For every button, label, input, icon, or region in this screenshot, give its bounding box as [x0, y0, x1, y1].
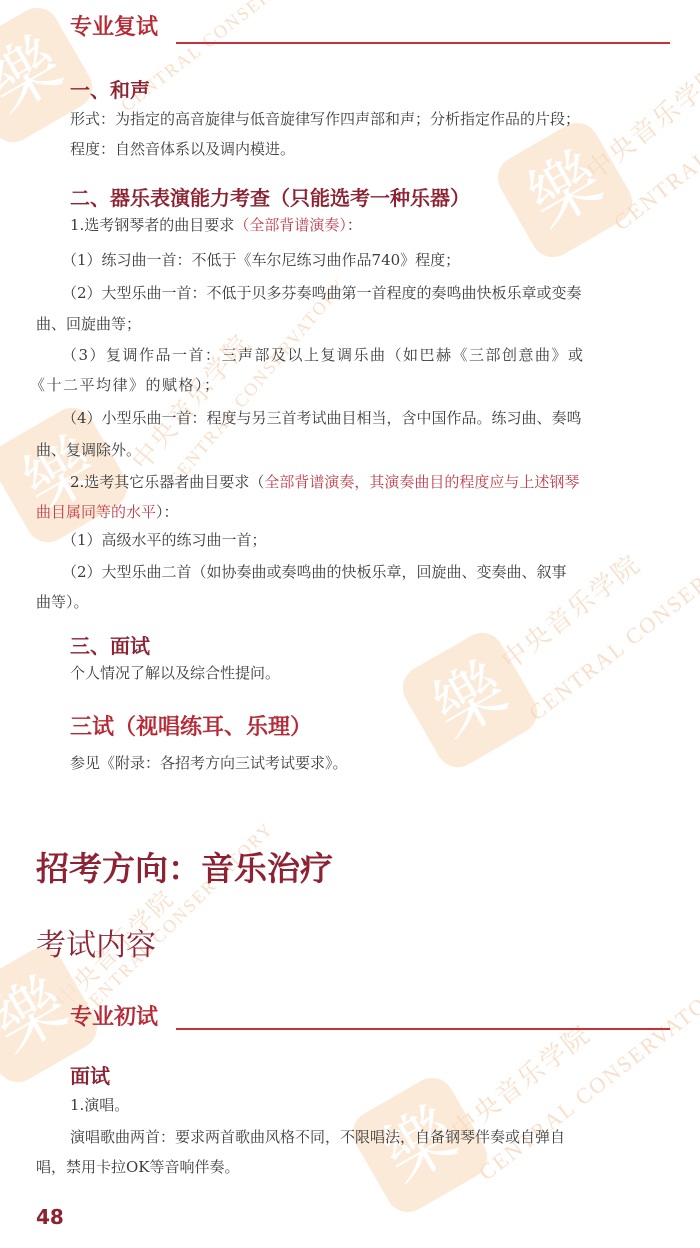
- heading-interview: 三、面试: [70, 630, 150, 659]
- piano-item-1: （1）练习曲一首：不低于《车尔尼练习曲作品740》程度；: [62, 250, 460, 270]
- piano-intro-red: （全部背谱演奏）: [234, 216, 347, 234]
- piano-item-3: （3）复调作品一首：三声部及以上复调乐曲（如巴赫《三部创意曲》或: [62, 345, 585, 365]
- other-intro-cont: 曲目属同等的水平）：: [36, 502, 179, 522]
- heading-chushi-interview: 面试: [70, 1060, 110, 1089]
- other-item-2-cont: 曲等）。: [36, 592, 89, 612]
- piano-intro-text: 1.选考钢琴者的曲目要求: [70, 216, 234, 234]
- other-intro-red-2: 曲目属同等的水平: [36, 503, 156, 521]
- section-rule: [176, 1028, 670, 1030]
- direction-subtitle: 考试内容: [36, 920, 156, 964]
- direction-title: 招考方向：音乐治疗: [36, 843, 333, 890]
- section-rule: [176, 42, 670, 44]
- page-content: 专业复试 一、和声 形式：为指定的高音旋律与低音旋律写作四声部和声；分析指定作品…: [0, 0, 700, 1248]
- section-title-sanshi: 三试（视唱练耳、乐理）: [70, 710, 312, 741]
- sanshi-text: 参见《附录：各招考方向三试考试要求》。: [70, 753, 348, 773]
- page-number: 48: [36, 1205, 64, 1229]
- chushi-item-1: 1.演唱。: [70, 1095, 129, 1115]
- other-intro-end: ）：: [156, 503, 179, 521]
- other-intro-red: 全部背谱演奏，其演奏曲目的程度应与上述钢琴: [264, 473, 579, 491]
- chushi-desc-line-1: 演唱歌曲两首：要求两首歌曲风格不同，不限唱法，自备钢琴伴奏或自弹自: [70, 1127, 565, 1147]
- other-item-1: （1）高级水平的练习曲一首；: [62, 530, 267, 550]
- chushi-desc-line-2: 唱，禁用卡拉OK等音响伴奏。: [36, 1157, 240, 1177]
- piano-item-4-cont: 曲、复调除外。: [36, 440, 141, 460]
- harmony-line-2: 程度：自然音体系以及调内模进。: [70, 139, 295, 159]
- heading-instrument: 二、器乐表演能力考查（只能选考一种乐器）: [70, 182, 470, 211]
- section-title-fushi: 专业复试: [70, 10, 158, 41]
- other-item-2: （2）大型乐曲二首（如协奏曲或奏鸣曲的快板乐章，回旋曲、变奏曲、叙事: [62, 562, 567, 582]
- piano-item-2: （2）大型乐曲一首：不低于贝多芬奏鸣曲第一首程度的奏鸣曲快板乐章或变奏: [62, 283, 582, 303]
- piano-intro: 1.选考钢琴者的曲目要求（全部背谱演奏）：: [70, 215, 362, 235]
- section-title-chushi: 专业初试: [70, 1000, 158, 1031]
- harmony-line-1: 形式：为指定的高音旋律与低音旋律写作四声部和声；分析指定作品的片段；: [70, 109, 580, 129]
- piano-item-4: （4）小型乐曲一首：程度与另三首考试曲目相当，含中国作品。练习曲、奏鸣: [62, 408, 582, 428]
- piano-intro-end: ：: [347, 216, 362, 234]
- other-intro: 2.选考其它乐器者曲目要求（全部背谱演奏，其演奏曲目的程度应与上述钢琴: [70, 472, 579, 492]
- piano-item-3-cont: 《十二平均律》的赋格）；: [30, 375, 221, 395]
- heading-harmony: 一、和声: [70, 74, 150, 103]
- other-intro-text: 2.选考其它乐器者曲目要求（: [70, 473, 264, 491]
- interview-text: 个人情况了解以及综合性提问。: [70, 663, 280, 683]
- piano-item-2-cont: 曲、回旋曲等；: [36, 314, 141, 334]
